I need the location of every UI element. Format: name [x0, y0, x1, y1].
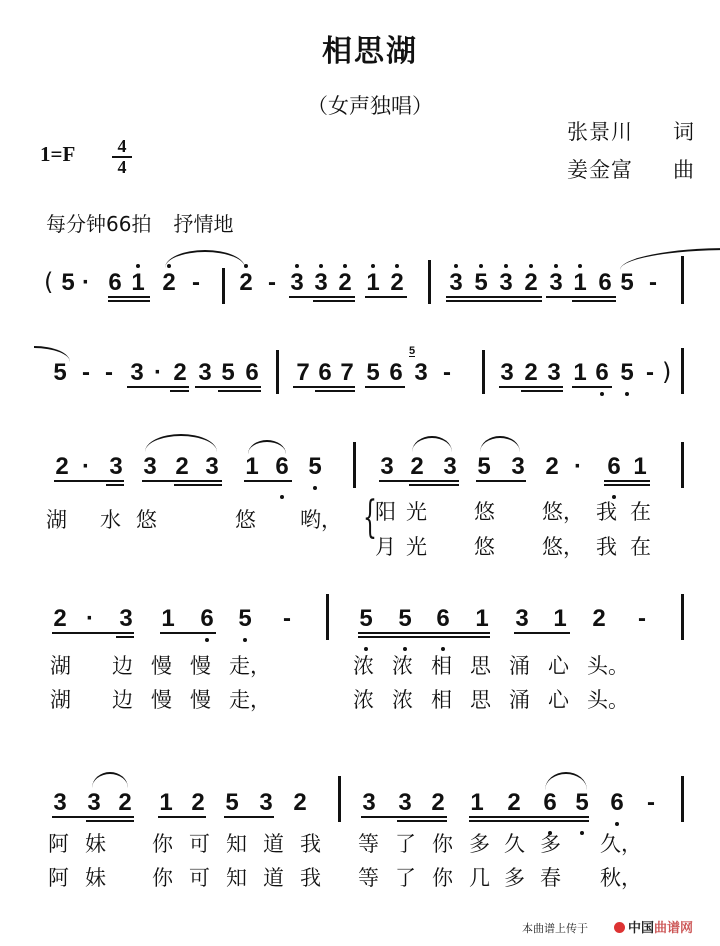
dash: -: [99, 360, 119, 386]
open-paren: (: [44, 268, 53, 296]
note: 1: [128, 270, 148, 296]
note: 2: [170, 360, 190, 386]
lyric: 我: [300, 866, 321, 890]
note: 5: [617, 270, 637, 296]
lyric: 思: [470, 654, 491, 678]
underline: [224, 816, 274, 818]
barline: [326, 594, 329, 640]
slur: [412, 436, 452, 452]
close-paren: ): [662, 358, 671, 386]
underline: [158, 816, 206, 818]
lyric: 悠: [474, 500, 495, 524]
note: 1: [630, 454, 650, 480]
dot-duration: ·: [568, 454, 588, 480]
underline: [108, 296, 150, 298]
barline: [681, 348, 684, 394]
lyric: 慢: [190, 688, 211, 712]
note: 1: [570, 270, 590, 296]
lyric: 浓: [392, 688, 413, 712]
lyric: 春: [540, 866, 561, 890]
underline: [499, 386, 563, 388]
lyric: 多: [469, 832, 490, 856]
dash: -: [632, 606, 652, 632]
lyric: 等: [358, 832, 379, 856]
note: 2: [172, 454, 192, 480]
note: 2: [407, 454, 427, 480]
note: 2: [236, 270, 256, 296]
note: 2: [52, 454, 72, 480]
site-name-b: 曲谱网: [654, 921, 693, 936]
lyric: 我: [596, 500, 617, 524]
lyric: 妹: [85, 866, 106, 890]
note: 6: [592, 360, 612, 386]
lyric: 慢: [151, 654, 172, 678]
dash: -: [640, 360, 660, 386]
dash: -: [641, 790, 661, 816]
lyric: 相: [431, 654, 452, 678]
barline: [681, 442, 684, 488]
note: 5: [58, 270, 78, 296]
dash: -: [437, 360, 457, 386]
time-signature: 4 4: [112, 137, 132, 177]
note: 7: [293, 360, 313, 386]
note: 6: [105, 270, 125, 296]
underline: [174, 484, 222, 486]
site-name-a: 中国: [628, 921, 654, 936]
note: 6: [315, 360, 335, 386]
note: 6: [604, 454, 624, 480]
lyric: 涌: [509, 654, 530, 678]
note: 3: [512, 606, 532, 632]
lyric: 可: [189, 866, 210, 890]
tie: [165, 250, 245, 268]
lyric: 光: [406, 500, 427, 524]
tempo-bpm: 每分钟66拍: [46, 212, 151, 236]
tie-start: [620, 248, 720, 270]
lyric: 湖: [50, 688, 71, 712]
lyric: 悠: [235, 508, 256, 532]
note: 1: [550, 606, 570, 632]
underline: [469, 820, 589, 822]
lyric: 道: [263, 866, 284, 890]
dot-duration: ·: [76, 270, 96, 296]
lyric: 多: [540, 832, 561, 856]
note: 2: [335, 270, 355, 296]
lyric: 我: [300, 832, 321, 856]
lyric: 心: [548, 688, 569, 712]
note: 1: [467, 790, 487, 816]
lyric: 湖: [50, 654, 71, 678]
lyric: 道: [263, 832, 284, 856]
lyric: 阿: [48, 832, 69, 856]
underline: [86, 820, 134, 822]
note: 2: [504, 790, 524, 816]
note: 2: [50, 606, 70, 632]
underline: [604, 480, 650, 482]
dash: -: [262, 270, 282, 296]
composer-credit: 姜金富 曲: [567, 154, 633, 184]
note: 2: [387, 270, 407, 296]
note: 3: [359, 790, 379, 816]
underline: [361, 816, 447, 818]
note: 2: [542, 454, 562, 480]
lyric: 在: [630, 500, 651, 524]
note: 5: [617, 360, 637, 386]
composer-name: 姜金富: [567, 158, 633, 182]
note: 2: [188, 790, 208, 816]
underline: [358, 636, 490, 638]
note: 5: [50, 360, 70, 386]
underline: [289, 296, 355, 298]
lyric: 妹: [85, 832, 106, 856]
note: 3: [84, 790, 104, 816]
note: 3: [377, 454, 397, 480]
barline: [428, 260, 431, 304]
note: 6: [433, 606, 453, 632]
underline: [52, 632, 134, 634]
time-numerator: 4: [112, 137, 132, 158]
note: 3: [544, 360, 564, 386]
underline: [160, 632, 216, 634]
note: 3: [311, 270, 331, 296]
note: 5: [218, 360, 238, 386]
barline: [338, 776, 341, 822]
underline: [244, 480, 292, 482]
underline: [313, 300, 355, 302]
note: 3: [106, 454, 126, 480]
lyric: 哟，: [300, 508, 342, 532]
lyric: 走，: [229, 654, 271, 678]
note: 6: [242, 360, 262, 386]
note: 5: [235, 606, 255, 632]
note: 1: [472, 606, 492, 632]
lyric: 走，: [229, 688, 271, 712]
note: 2: [115, 790, 135, 816]
underline: [446, 300, 542, 302]
slur: [248, 440, 286, 454]
lyric: 心: [548, 654, 569, 678]
note: 6: [607, 790, 627, 816]
lyric: 浓: [353, 688, 374, 712]
lyric: 悠: [136, 508, 157, 532]
underline: [365, 296, 407, 298]
underline: [397, 820, 447, 822]
note: 6: [595, 270, 615, 296]
lyric: 慢: [151, 688, 172, 712]
lyric: 月: [375, 535, 396, 559]
underline: [514, 632, 570, 634]
barline: [681, 256, 684, 304]
lyric: 你: [152, 832, 173, 856]
lyric: 可: [189, 832, 210, 856]
underline: [218, 390, 261, 392]
note: 1: [156, 790, 176, 816]
note: 6: [386, 360, 406, 386]
lyric: 慢: [190, 654, 211, 678]
note: 3: [140, 454, 160, 480]
barline: [681, 776, 684, 822]
lyric: 阳: [375, 500, 396, 524]
expression-marking: 抒情地: [173, 212, 233, 236]
note: 3: [496, 270, 516, 296]
note: 5: [572, 790, 592, 816]
lyric: 湖: [46, 508, 67, 532]
lyric: 了: [395, 832, 416, 856]
lyric: 你: [432, 866, 453, 890]
lyric: 涌: [509, 688, 530, 712]
lyricist-name: 张景川: [567, 120, 633, 144]
grace-note: 5: [409, 346, 415, 357]
underline: [142, 480, 222, 482]
note: 2: [159, 270, 179, 296]
lyric: 悠: [474, 535, 495, 559]
barline: [482, 350, 485, 394]
note: 5: [363, 360, 383, 386]
note: 5: [305, 454, 325, 480]
lyric: 在: [630, 535, 651, 559]
note: 3: [202, 454, 222, 480]
lyric: 知: [226, 866, 247, 890]
lyric: 思: [470, 688, 491, 712]
lyric: 头。: [587, 688, 629, 712]
underline: [546, 296, 616, 298]
upload-notice: 本曲谱上传于: [522, 920, 588, 936]
barline: [222, 268, 225, 304]
dot-duration: ·: [80, 606, 100, 632]
note: 5: [474, 454, 494, 480]
underline: [127, 386, 189, 388]
dash: -: [643, 270, 663, 296]
note: 7: [337, 360, 357, 386]
lyric: 浓: [353, 654, 374, 678]
key-signature: 1=F: [40, 142, 75, 167]
note: 6: [540, 790, 560, 816]
note: 3: [287, 270, 307, 296]
slur: [480, 436, 520, 452]
underline: [409, 484, 459, 486]
note: 2: [521, 270, 541, 296]
underline: [476, 480, 526, 482]
dot-duration: ·: [76, 454, 96, 480]
underline: [446, 296, 542, 298]
lyric: 等: [358, 866, 379, 890]
barline: [276, 350, 279, 394]
underline: [293, 386, 355, 388]
underline: [108, 300, 150, 302]
note: 5: [356, 606, 376, 632]
lyricist-role: 词: [673, 116, 695, 146]
underline: [469, 816, 589, 818]
barline: [681, 594, 684, 640]
lyric: 悠，: [542, 535, 584, 559]
note: 3: [195, 360, 215, 386]
note: 3: [256, 790, 276, 816]
note: 1: [570, 360, 590, 386]
underline: [54, 480, 124, 482]
lyric: 了: [395, 866, 416, 890]
lyric: 光: [406, 535, 427, 559]
note: 5: [471, 270, 491, 296]
note: 5: [395, 606, 415, 632]
note: 6: [197, 606, 217, 632]
note: 2: [428, 790, 448, 816]
underline: [170, 390, 189, 392]
lyric: 你: [152, 866, 173, 890]
note: 3: [497, 360, 517, 386]
note: 3: [116, 606, 136, 632]
lyric: 水: [100, 508, 121, 532]
underline: [572, 300, 616, 302]
underline: [365, 386, 405, 388]
lyric: 阿: [48, 866, 69, 890]
dash: -: [277, 606, 297, 632]
note: 1: [242, 454, 262, 480]
lyric: 边: [112, 654, 133, 678]
underline: [106, 484, 124, 486]
time-denominator: 4: [112, 158, 132, 177]
lyric: 几: [469, 866, 490, 890]
lyric: 浓: [392, 654, 413, 678]
lyricist-credit: 张景川 词: [567, 116, 633, 146]
site-logo[interactable]: 中国曲谱网: [614, 917, 693, 936]
underline: [358, 632, 490, 634]
lyric: 悠，: [542, 500, 584, 524]
note: 3: [446, 270, 466, 296]
note: 3: [50, 790, 70, 816]
underline: [195, 386, 261, 388]
lyric: 你: [432, 832, 453, 856]
note: 2: [521, 360, 541, 386]
note: 3: [508, 454, 528, 480]
slur: [92, 772, 128, 788]
note: 2: [589, 606, 609, 632]
note: 1: [363, 270, 383, 296]
underline: [52, 816, 134, 818]
underline: [604, 484, 650, 486]
note: 3: [440, 454, 460, 480]
note: 5: [222, 790, 242, 816]
note: 6: [272, 454, 292, 480]
lyric: 久，: [600, 832, 642, 856]
lyric: 知: [226, 832, 247, 856]
lyric: 久: [504, 832, 525, 856]
logo-icon: [614, 922, 625, 933]
song-title: 相思湖: [0, 26, 720, 70]
underline: [521, 390, 563, 392]
lyric: 秋，: [600, 866, 642, 890]
note: 2: [290, 790, 310, 816]
underline: [116, 636, 134, 638]
note: 3: [546, 270, 566, 296]
underline: [572, 386, 612, 388]
tempo-marking: 每分钟66拍抒情地: [46, 208, 233, 237]
note: 3: [411, 360, 431, 386]
note: 1: [158, 606, 178, 632]
underline: [379, 480, 459, 482]
slur: [145, 434, 217, 452]
lyric: 多: [504, 866, 525, 890]
dash: -: [186, 270, 206, 296]
slur: [545, 772, 587, 790]
dot-duration: ·: [148, 360, 168, 386]
composer-role: 曲: [673, 154, 695, 184]
lyric: 边: [112, 688, 133, 712]
dash: -: [76, 360, 96, 386]
underline: [315, 390, 355, 392]
lyric: 相: [431, 688, 452, 712]
lyric: 我: [596, 535, 617, 559]
note: 3: [395, 790, 415, 816]
lyric: 头。: [587, 654, 629, 678]
note: 3: [127, 360, 147, 386]
barline: [353, 442, 356, 488]
